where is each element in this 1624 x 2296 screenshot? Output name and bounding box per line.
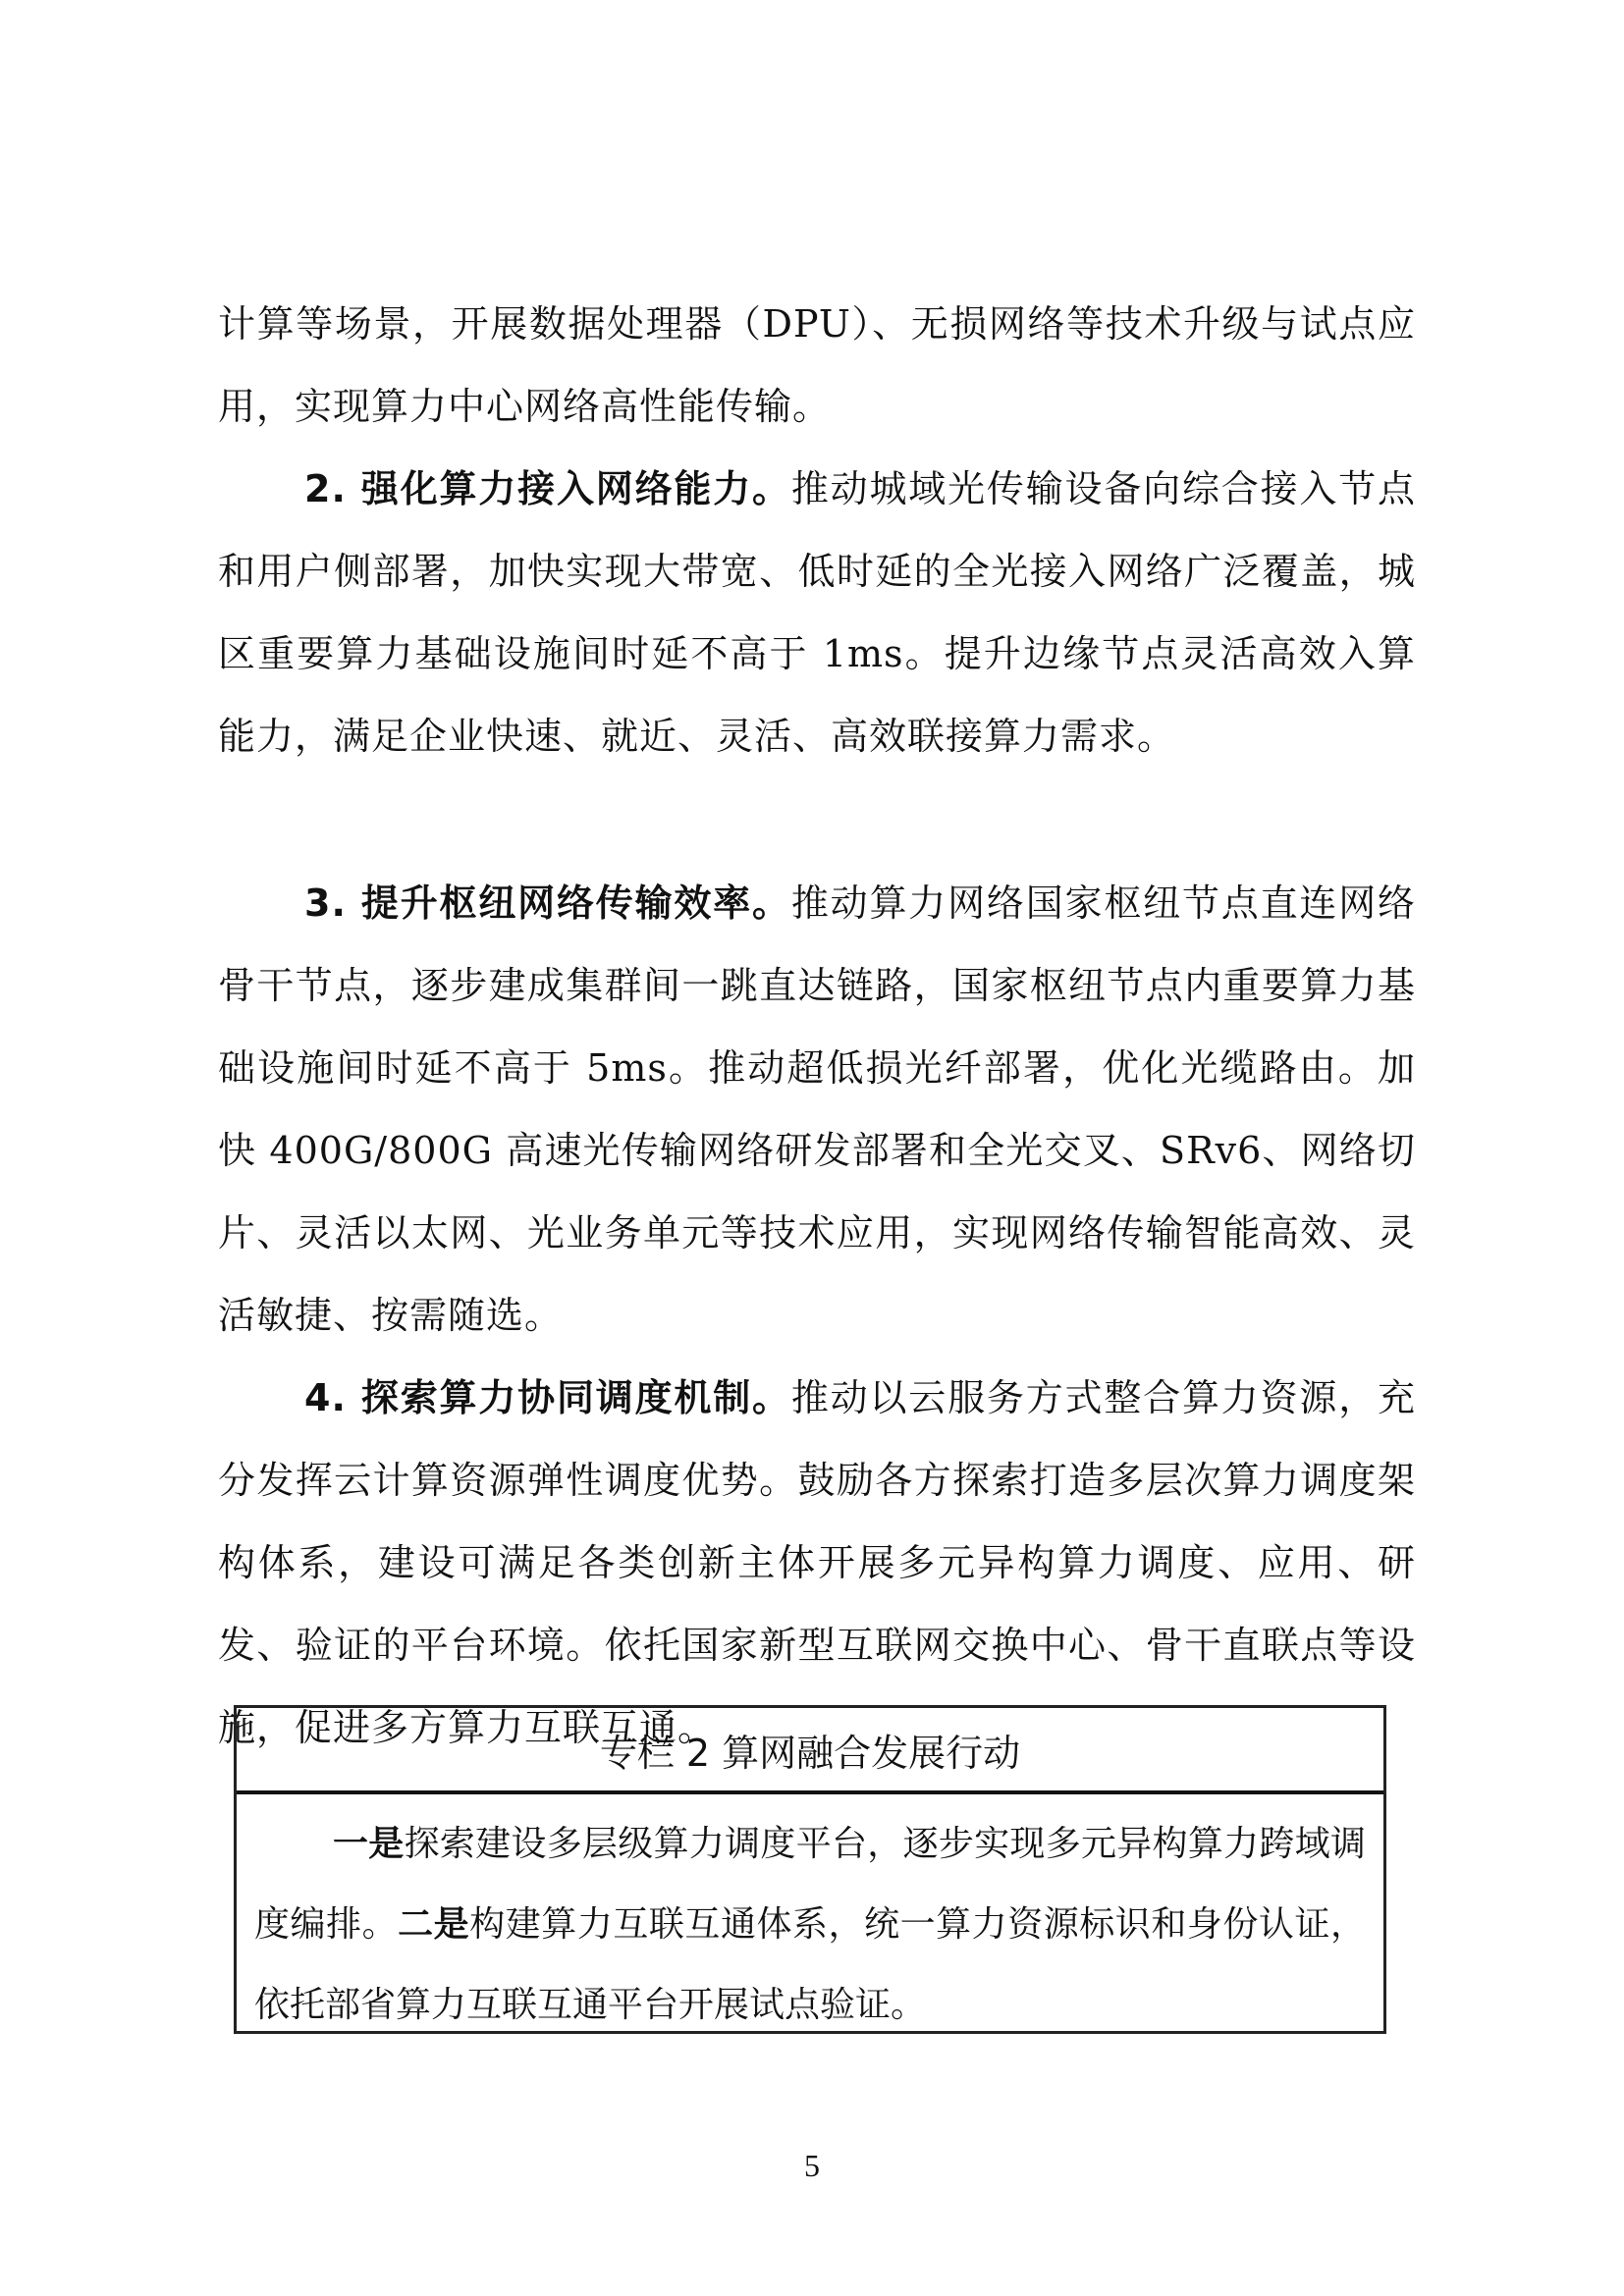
- feature-box-body: 一是探索建设多层级算力调度平台，逐步实现多元异构算力跨域调度编排。二是构建算力互…: [237, 1794, 1383, 2046]
- paragraph-continuation: 计算等场景，开展数据处理器（DPU）、无损网络等技术升级与试点应用，实现算力中心…: [218, 283, 1416, 448]
- paragraph-access-network: 2. 强化算力接入网络能力。推动城域光传输设备向综合接入节点和用户侧部署，加快实…: [218, 448, 1416, 777]
- paragraph-text: 推动城域光传输设备向综合接入节点和用户侧部署，加快实现大带宽、低时延的全光接入网…: [218, 467, 1416, 758]
- document-page: 计算等场景，开展数据处理器（DPU）、无损网络等技术升级与试点应用，实现算力中心…: [0, 0, 1624, 2296]
- feature-box-title: 专栏 2 算网融合发展行动: [237, 1708, 1383, 1794]
- item-lead: 一是: [333, 1824, 405, 1864]
- item-lead: 二是: [398, 1904, 469, 1945]
- paragraph-text: 计算等场景，开展数据处理器（DPU）、无损网络等技术升级与试点应用，实现算力中心…: [218, 302, 1416, 428]
- paragraph-heading: 2. 强化算力接入网络能力。: [304, 467, 791, 510]
- paragraph-text: 推动以云服务方式整合算力资源，充分发挥云计算资源弹性调度优势。鼓励各方探索打造多…: [218, 1376, 1416, 1749]
- paragraph-text: 推动算力网络国家枢纽节点直连网络骨干节点，逐步建成集群间一跳直达链路，国家枢纽节…: [218, 881, 1416, 1337]
- page-number: 5: [0, 2148, 1624, 2184]
- paragraph-heading: 3. 提升枢纽网络传输效率。: [304, 881, 791, 925]
- paragraph-hub-network: 3. 提升枢纽网络传输效率。推动算力网络国家枢纽节点直连网络骨干节点，逐步建成集…: [218, 862, 1416, 1357]
- feature-box: 专栏 2 算网融合发展行动 一是探索建设多层级算力调度平台，逐步实现多元异构算力…: [234, 1705, 1386, 2034]
- paragraph-heading: 4. 探索算力协同调度机制。: [304, 1376, 791, 1419]
